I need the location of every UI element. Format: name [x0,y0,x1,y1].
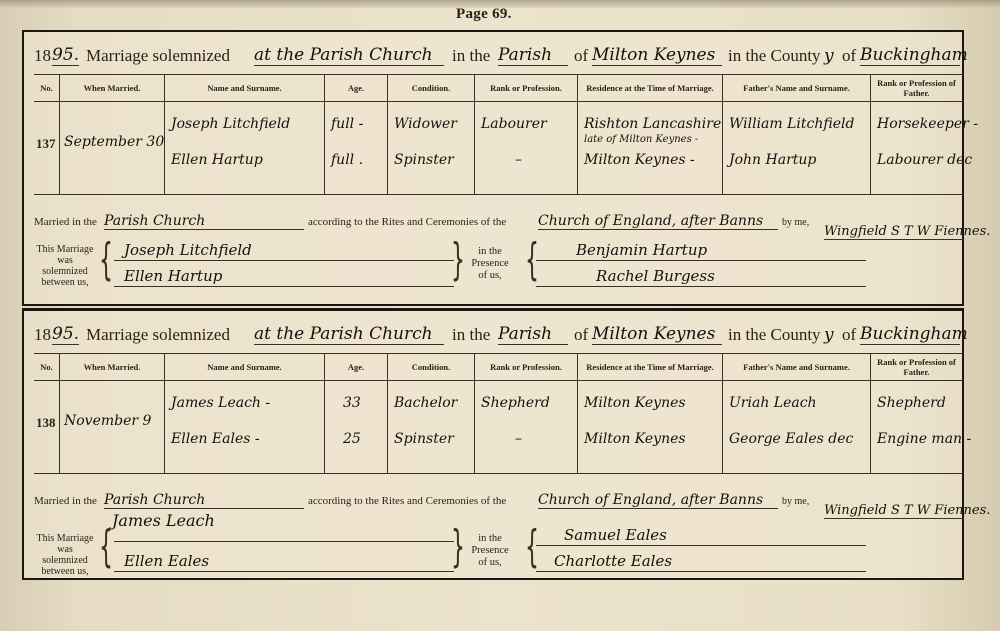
entry-headline: 18 95. Marriage solemnized at the Parish… [34,319,954,349]
bride-father-rank: Labourer dec [877,152,972,168]
married-in-line: Married in the Parish Church according t… [34,487,954,509]
county-label: in the County [728,325,821,345]
year-handwritten: 95. [52,324,79,345]
bride-condition: Spinster [394,152,454,168]
solemn-line-3: solemnized [34,555,96,566]
solemnized-label: Marriage solemnized [86,46,230,66]
groom-residence: Rishton Lancashire [584,116,721,132]
page-number: Page 69. [456,6,512,23]
groom-residence-note: late of Milton Keynes - [584,134,698,145]
bride-age: 25 [343,431,361,447]
groom-father-rank: Horsekeeper - [877,116,978,132]
col-when: When Married. [60,354,165,380]
col-father-rank: Rank or Profession of Father. [871,354,962,380]
parish-name: Milton Keynes [592,324,722,345]
bride-name: Ellen Hartup [171,152,263,168]
of-label-2: of [842,46,856,66]
col-when: When Married. [60,75,165,101]
table-header: No. When Married. Name and Surname. Age.… [34,354,962,381]
groom-age: 33 [343,395,361,411]
year-handwritten: 95. [52,45,79,66]
presence-label: in the Presence of us, [460,246,520,282]
col-age: Age. [325,354,388,380]
witness-signature-1: Samuel Eales [536,525,866,546]
groom-father-rank: Shepherd [877,395,946,411]
county-name: Buckingham [860,45,960,66]
married-in-place: Parish Church [104,213,304,230]
solemn-line-3: solemnized [34,266,96,277]
bride-rank: – [515,431,522,447]
place: at the Parish Church [254,324,444,345]
table-row: 137 September 30 Joseph LitchfieldEllen … [34,102,962,194]
marriage-entry-138: 18 95. Marriage solemnized at the Parish… [22,308,964,580]
col-name: Name and Surname. [165,354,325,380]
entry-table: No. When Married. Name and Surname. Age.… [34,353,962,474]
when-married: September 30 [64,134,164,150]
year-prefix: 18 [34,325,51,345]
presence-line-3: of us, [460,270,520,282]
solemnized-label: This Marriage was solemnized between us, [34,244,96,288]
of-label-2: of [842,325,856,345]
marriage-entry-137: 18 95. Marriage solemnized at the Parish… [22,30,964,306]
parish-name: Milton Keynes [592,45,722,66]
presence-line-1: in the [460,533,520,545]
of-label: of [574,325,588,345]
table-row: 138 November 9 James Leach -Ellen Eales … [34,381,962,473]
married-in-line: Married in the Parish Church according t… [34,208,954,230]
presence-label: in the Presence of us, [460,533,520,569]
married-in-label: Married in the [34,216,97,228]
col-father: Father's Name and Surname. [723,75,871,101]
col-condition: Condition. [388,354,475,380]
solemnized-label: Marriage solemnized [86,325,230,345]
in-the-label: in the [452,325,490,345]
groom-condition: Bachelor [394,395,457,411]
parish-type: Parish [498,324,568,345]
groom-father: William Litchfield [729,116,854,132]
solemn-line-1: This Marriage [34,244,96,255]
bride-condition: Spinster [394,431,454,447]
col-residence: Residence at the Time of Marriage. [578,75,723,101]
in-the-label: in the [452,46,490,66]
according-label: according to the Rites and Ceremonies of… [308,216,506,228]
entry-number: 138 [36,415,56,431]
bride-father: John Hartup [729,152,816,168]
party-signature-1-line [114,521,454,542]
by-me-label: by me, [782,217,809,228]
solemn-line-2: was [34,544,96,555]
col-condition: Condition. [388,75,475,101]
groom-rank: Shepherd [481,395,550,411]
bride-name: Ellen Eales - [171,431,260,447]
bride-father-rank: Engine man - [877,431,971,447]
rites: Church of England, after Banns [538,492,778,509]
groom-rank: Labourer [481,116,547,132]
col-no: No. [34,75,60,101]
col-no: No. [34,354,60,380]
witness-signature-2: Rachel Burgess [536,266,866,287]
col-name: Name and Surname. [165,75,325,101]
left-brace: { [99,238,113,282]
solemn-line-2: was [34,255,96,266]
according-label: according to the Rites and Ceremonies of… [308,495,506,507]
bride-age: full . [331,152,363,168]
presence-line-1: in the [460,246,520,258]
witness-signature-2: Charlotte Eales [536,551,866,572]
by-me-label: by me, [782,496,809,507]
bride-residence: Milton Keynes - [584,152,695,168]
place: at the Parish Church [254,45,444,66]
col-age: Age. [325,75,388,101]
col-rank: Rank or Profession. [475,75,578,101]
bride-residence: Milton Keynes [584,431,686,447]
presence-line-2: Presence [460,545,520,557]
county-suffix: y [824,46,834,66]
entry-table: No. When Married. Name and Surname. Age.… [34,74,962,195]
presence-line-2: Presence [460,258,520,270]
when-married: November 9 [64,413,151,429]
solemn-line-4: between us, [34,277,96,288]
presence-line-3: of us, [460,557,520,569]
bride-rank: – [515,152,522,168]
groom-father: Uriah Leach [729,395,817,411]
year-prefix: 18 [34,46,51,66]
of-label: of [574,46,588,66]
solemn-line-4: between us, [34,566,96,577]
married-in-label: Married in the [34,495,97,507]
groom-name: Joseph Litchfield [171,116,290,132]
solemn-line-1: This Marriage [34,533,96,544]
officiant: Wingfield S T W Fiennes. [824,224,964,240]
groom-condition: Widower [394,116,457,132]
county-name: Buckingham [860,324,960,345]
left-brace: { [99,525,113,569]
party-signature-2: Ellen Hartup [114,266,454,287]
table-header: No. When Married. Name and Surname. Age.… [34,75,962,102]
groom-residence: Milton Keynes [584,395,686,411]
officiant: Wingfield S T W Fiennes. [824,503,964,519]
witness-signature-1: Benjamin Hartup [536,240,866,261]
party-signature-1: Joseph Litchfield [114,240,454,261]
col-residence: Residence at the Time of Marriage. [578,354,723,380]
groom-age: full - [331,116,363,132]
solemnized-label: This Marriage was solemnized between us, [34,533,96,577]
married-in-place: Parish Church [104,492,304,509]
col-father-rank: Rank or Profession of Father. [871,75,962,101]
county-suffix: y [824,325,834,345]
entry-number: 137 [36,136,56,152]
entry-headline: 18 95. Marriage solemnized at the Parish… [34,40,954,70]
bride-father: George Eales dec [729,431,853,447]
col-rank: Rank or Profession. [475,354,578,380]
party-signature-2: Ellen Eales [114,551,454,572]
rites: Church of England, after Banns [538,213,778,230]
col-father: Father's Name and Surname. [723,354,871,380]
groom-name: James Leach - [171,395,270,411]
county-label: in the County [728,46,821,66]
parish-type: Parish [498,45,568,66]
